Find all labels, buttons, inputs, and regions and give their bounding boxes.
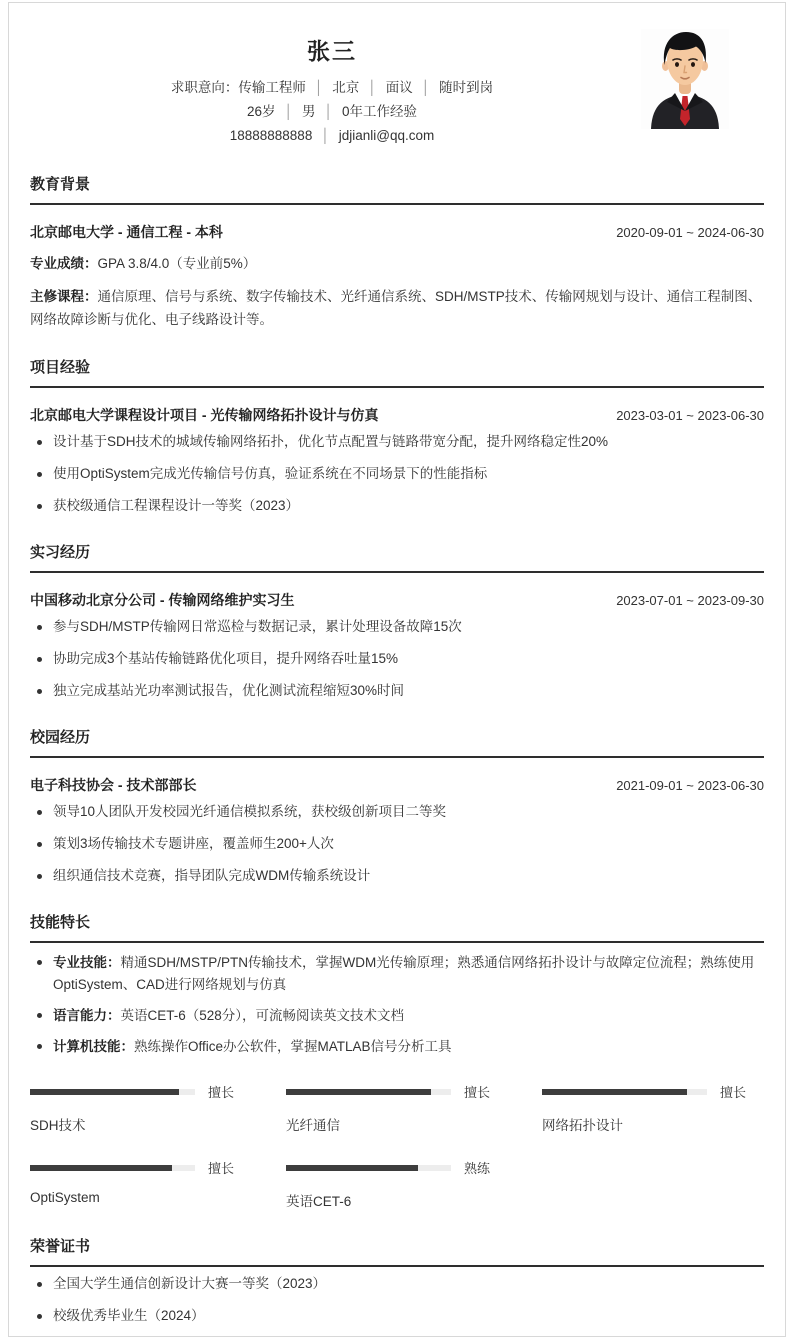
skill-level-label: 擅长: [208, 1158, 234, 1177]
project-entry-head: 北京邮电大学课程设计项目 - 光传输网络拓扑设计与仿真 2023-03-01 ~…: [30, 405, 764, 425]
skill-meter-fill: [542, 1089, 687, 1095]
project-bullet: 获校级通信工程课程设计一等奖（2023）: [30, 496, 764, 516]
skill-meter-track: [30, 1089, 195, 1095]
honors-bullet-list: 全国大学生通信创新设计大赛一等奖（2023） 校级优秀毕业生（2024）: [30, 1274, 764, 1326]
skill-meter-bar-row: 熟练: [286, 1158, 508, 1177]
section-title-project: 项目经验: [30, 356, 764, 388]
gpa-line: 专业成绩：GPA 3.8/4.0（专业前5%）: [30, 252, 764, 275]
intent-salary: 面议: [386, 80, 413, 95]
skill-bullet-professional: 专业技能：精通SDH/MSTP/PTN传输技术，掌握WDM光传输原理；熟悉通信网…: [30, 952, 764, 996]
experience-text: 0年工作经验: [342, 104, 417, 119]
skill-meter-track: [286, 1165, 451, 1171]
section-title-honors: 荣誉证书: [30, 1235, 764, 1267]
project-bullet: 使用OptiSystem完成光传输信号仿真，验证系统在不同场景下的性能指标: [30, 464, 764, 484]
separator: │: [285, 104, 293, 119]
section-project: 项目经验 北京邮电大学课程设计项目 - 光传输网络拓扑设计与仿真 2023-03…: [30, 356, 764, 516]
resume-header: 张三 求职意向：传输工程师│北京│面议│随时到岗 26岁│男│0年工作经验 18…: [30, 29, 764, 148]
campus-date-range: 2021-09-01 ~ 2023-06-30: [616, 778, 764, 793]
project-bullet: 设计基于SDH技术的城域传输网络拓扑，优化节点配置与链路带宽分配，提升网络稳定性…: [30, 432, 764, 452]
skill-name: SDH技术: [30, 1114, 252, 1134]
job-intent-line: 求职意向：传输工程师│北京│面议│随时到岗: [30, 76, 634, 100]
candidate-name: 张三: [30, 33, 634, 66]
skill-level-label: 擅长: [464, 1082, 490, 1101]
skill-meter-track: [542, 1089, 707, 1095]
separator: │: [325, 104, 333, 119]
education-date-range: 2020-09-01 ~ 2024-06-30: [616, 225, 764, 240]
skill-meter-bar-row: 擅长: [30, 1158, 252, 1177]
campus-entry-head: 电子科技协会 - 技术部部长 2021-09-01 ~ 2023-06-30: [30, 775, 764, 795]
skill-meter-bar-row: 擅长: [30, 1082, 252, 1101]
intent-position: 传输工程师: [238, 80, 306, 95]
intent-city: 北京: [332, 80, 359, 95]
phone-number: 18888888888: [230, 128, 313, 143]
contact-line: 18888888888│jdjianli@qq.com: [30, 124, 634, 148]
resume-page: 张三 求职意向：传输工程师│北京│面议│随时到岗 26岁│男│0年工作经验 18…: [8, 2, 786, 1337]
school-degree-title: 北京邮电大学 - 通信工程 - 本科: [30, 222, 223, 242]
email-address: jdjianli@qq.com: [339, 128, 435, 143]
skill-name: OptiSystem: [30, 1190, 252, 1205]
age-text: 26岁: [247, 104, 276, 119]
section-honors: 荣誉证书 全国大学生通信创新设计大赛一等奖（2023） 校级优秀毕业生（2024…: [30, 1235, 764, 1326]
internship-date-range: 2023-07-01 ~ 2023-09-30: [616, 593, 764, 608]
skills-bullet-list: 专业技能：精通SDH/MSTP/PTN传输技术，掌握WDM光传输原理；熟悉通信网…: [30, 952, 764, 1058]
skill-name: 英语CET-6: [286, 1190, 508, 1210]
skill-bullet-label: 专业技能：: [53, 955, 121, 970]
skill-level-label: 擅长: [720, 1082, 746, 1101]
skill-meter-track: [286, 1089, 451, 1095]
section-education: 教育背景 北京邮电大学 - 通信工程 - 本科 2020-09-01 ~ 202…: [30, 173, 764, 331]
project-bullet-list: 设计基于SDH技术的城域传输网络拓扑，优化节点配置与链路带宽分配，提升网络稳定性…: [30, 432, 764, 516]
skill-meter: 擅长 光纤通信: [286, 1082, 508, 1134]
project-title: 北京邮电大学课程设计项目 - 光传输网络拓扑设计与仿真: [30, 405, 378, 425]
campus-bullet: 策划3场传输技术专题讲座，覆盖师生200+人次: [30, 834, 764, 854]
project-date-range: 2023-03-01 ~ 2023-06-30: [616, 408, 764, 423]
header-text-block: 张三 求职意向：传输工程师│北京│面议│随时到岗 26岁│男│0年工作经验 18…: [30, 29, 634, 148]
honor-bullet: 校级优秀毕业生（2024）: [30, 1306, 764, 1326]
skill-bullet-text: 精通SDH/MSTP/PTN传输技术，掌握WDM光传输原理；熟悉通信网络拓扑设计…: [53, 955, 754, 992]
internship-bullet: 参与SDH/MSTP传输网日常巡检与数据记录，累计处理设备故障15次: [30, 617, 764, 637]
skill-bullet-text: 熟练操作Office办公软件，掌握MATLAB信号分析工具: [134, 1039, 452, 1054]
honor-bullet: 全国大学生通信创新设计大赛一等奖（2023）: [30, 1274, 764, 1294]
separator: │: [368, 80, 376, 95]
section-title-internship: 实习经历: [30, 541, 764, 573]
skill-meter-grid: 擅长 SDH技术 擅长 光纤通信 擅长 网络拓扑设计: [30, 1082, 764, 1210]
skill-level-label: 擅长: [208, 1082, 234, 1101]
skill-meter: 熟练 英语CET-6: [286, 1158, 508, 1210]
skill-meter-fill: [286, 1165, 418, 1171]
separator: │: [422, 80, 430, 95]
section-title-campus: 校园经历: [30, 726, 764, 758]
internship-bullet: 独立完成基站光功率测试报告，优化测试流程缩短30%时间: [30, 681, 764, 701]
section-title-education: 教育背景: [30, 173, 764, 205]
skill-meter: 擅长 SDH技术: [30, 1082, 252, 1134]
courses-value: 通信原理、信号与系统、数字传输技术、光纤通信系统、SDH/MSTP技术、传输网规…: [30, 289, 761, 327]
profile-info-line: 26岁│男│0年工作经验: [30, 100, 634, 124]
skill-meter-bar-row: 擅长: [542, 1082, 764, 1101]
internship-title: 中国移动北京分公司 - 传输网络维护实习生: [30, 590, 294, 610]
campus-role-title: 电子科技协会 - 技术部部长: [30, 775, 196, 795]
separator: │: [315, 80, 323, 95]
education-entry-head: 北京邮电大学 - 通信工程 - 本科 2020-09-01 ~ 2024-06-…: [30, 222, 764, 242]
profile-photo-illustration: [641, 29, 729, 129]
skill-name: 光纤通信: [286, 1114, 508, 1134]
campus-bullet-list: 领导10人团队开发校园光纤通信模拟系统，获校级创新项目二等奖 策划3场传输技术专…: [30, 802, 764, 886]
skill-meter-fill: [30, 1165, 172, 1171]
gpa-label: 专业成绩：: [30, 256, 98, 271]
skill-name: 网络拓扑设计: [542, 1114, 764, 1134]
section-internship: 实习经历 中国移动北京分公司 - 传输网络维护实习生 2023-07-01 ~ …: [30, 541, 764, 701]
skill-bullet-language: 语言能力：英语CET-6（528分），可流畅阅读英文技术文档: [30, 1005, 764, 1027]
skill-bullet-text: 英语CET-6（528分），可流畅阅读英文技术文档: [121, 1008, 405, 1023]
profile-photo: [641, 29, 729, 129]
internship-entry-head: 中国移动北京分公司 - 传输网络维护实习生 2023-07-01 ~ 2023-…: [30, 590, 764, 610]
internship-bullet: 协助完成3个基站传输链路优化项目，提升网络吞吐量15%: [30, 649, 764, 669]
skill-meter: 擅长 OptiSystem: [30, 1158, 252, 1210]
skill-bullet-label: 语言能力：: [53, 1008, 121, 1023]
skill-meter-track: [30, 1165, 195, 1171]
skill-meter: 擅长 网络拓扑设计: [542, 1082, 764, 1134]
section-skills: 技能特长 专业技能：精通SDH/MSTP/PTN传输技术，掌握WDM光传输原理；…: [30, 911, 764, 1210]
skill-bullet-label: 计算机技能：: [53, 1039, 134, 1054]
gpa-value: GPA 3.8/4.0（专业前5%）: [98, 256, 257, 271]
campus-bullet: 组织通信技术竞赛，指导团队完成WDM传输系统设计: [30, 866, 764, 886]
courses-label: 主修课程：: [30, 289, 98, 304]
job-intent-prefix: 求职意向：: [171, 80, 239, 95]
gender-text: 男: [302, 104, 316, 119]
separator: │: [321, 128, 329, 143]
section-title-skills: 技能特长: [30, 911, 764, 943]
skill-meter-fill: [30, 1089, 179, 1095]
skill-meter-bar-row: 擅长: [286, 1082, 508, 1101]
internship-bullet-list: 参与SDH/MSTP传输网日常巡检与数据记录，累计处理设备故障15次 协助完成3…: [30, 617, 764, 701]
skill-level-label: 熟练: [464, 1158, 490, 1177]
campus-bullet: 领导10人团队开发校园光纤通信模拟系统，获校级创新项目二等奖: [30, 802, 764, 822]
intent-availability: 随时到岗: [439, 80, 493, 95]
section-campus: 校园经历 电子科技协会 - 技术部部长 2021-09-01 ~ 2023-06…: [30, 726, 764, 886]
courses-line: 主修课程：通信原理、信号与系统、数字传输技术、光纤通信系统、SDH/MSTP技术…: [30, 285, 764, 331]
skill-meter-fill: [286, 1089, 431, 1095]
skill-bullet-computer: 计算机技能：熟练操作Office办公软件，掌握MATLAB信号分析工具: [30, 1036, 764, 1058]
